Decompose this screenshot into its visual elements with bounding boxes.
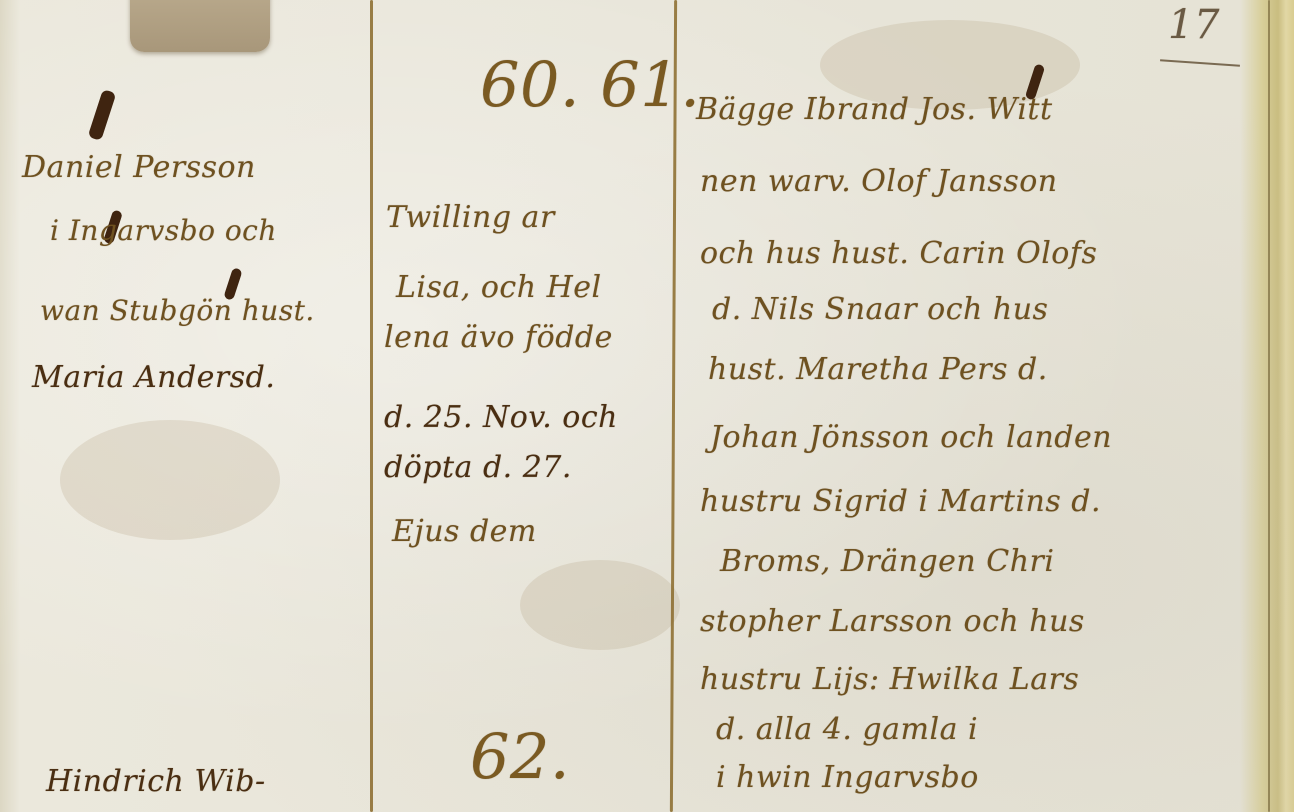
child-line: lena ävo födde (384, 320, 613, 355)
parents-line: wan Stubgön hust. (40, 294, 315, 327)
page-number-underline (1160, 59, 1240, 67)
parents-line: Maria Andersd. (32, 360, 275, 395)
column-rule-right (670, 0, 677, 812)
witness-line: hustru Lijs: Hwilka Lars (700, 662, 1079, 697)
witness-line: d. Nils Snaar och hus (712, 292, 1048, 327)
child-line: döpta d. 27. (384, 450, 572, 485)
entry-number: 62. (470, 720, 570, 793)
witness-line: Bägge Ibrand Jos. Witt (696, 92, 1053, 127)
witness-line: nen warv. Olof Jansson (700, 164, 1058, 199)
parents-line: Hindrich Wib- (46, 764, 266, 799)
register-page: 17 60. 61. 62. Daniel Persson i Ingarvsb… (0, 0, 1294, 812)
paper-stain (60, 420, 280, 540)
witness-line: i hwin Ingarvsbo (716, 760, 979, 795)
child-line: d. 25. Nov. och (384, 400, 618, 435)
child-line: Twilling ar (386, 200, 555, 235)
child-line: Ejus dem (392, 514, 537, 549)
child-line: Lisa, och Hel (396, 270, 602, 305)
witness-line: stopher Larsson och hus (700, 604, 1085, 639)
witness-line: Johan Jönsson och landen (710, 420, 1112, 455)
witness-line: hust. Maretha Pers d. (708, 352, 1048, 387)
column-rule-left (370, 0, 373, 812)
paper-stain (520, 560, 680, 650)
parents-line: Daniel Persson (22, 150, 256, 185)
page-gutter (1268, 0, 1270, 812)
ink-blot (88, 89, 117, 141)
parents-line: i Ingarvsbo och (50, 214, 277, 247)
entry-number: 60. 61. (480, 48, 700, 121)
witness-line: hustru Sigrid i Martins d. (700, 484, 1101, 519)
witness-line: och hus hust. Carin Olofs (700, 236, 1097, 271)
page-number: 17 (1168, 2, 1220, 48)
witness-line: d. alla 4. gamla i (716, 712, 978, 747)
witness-line: Broms, Drängen Chri (720, 544, 1055, 579)
binding-tab (130, 0, 270, 52)
